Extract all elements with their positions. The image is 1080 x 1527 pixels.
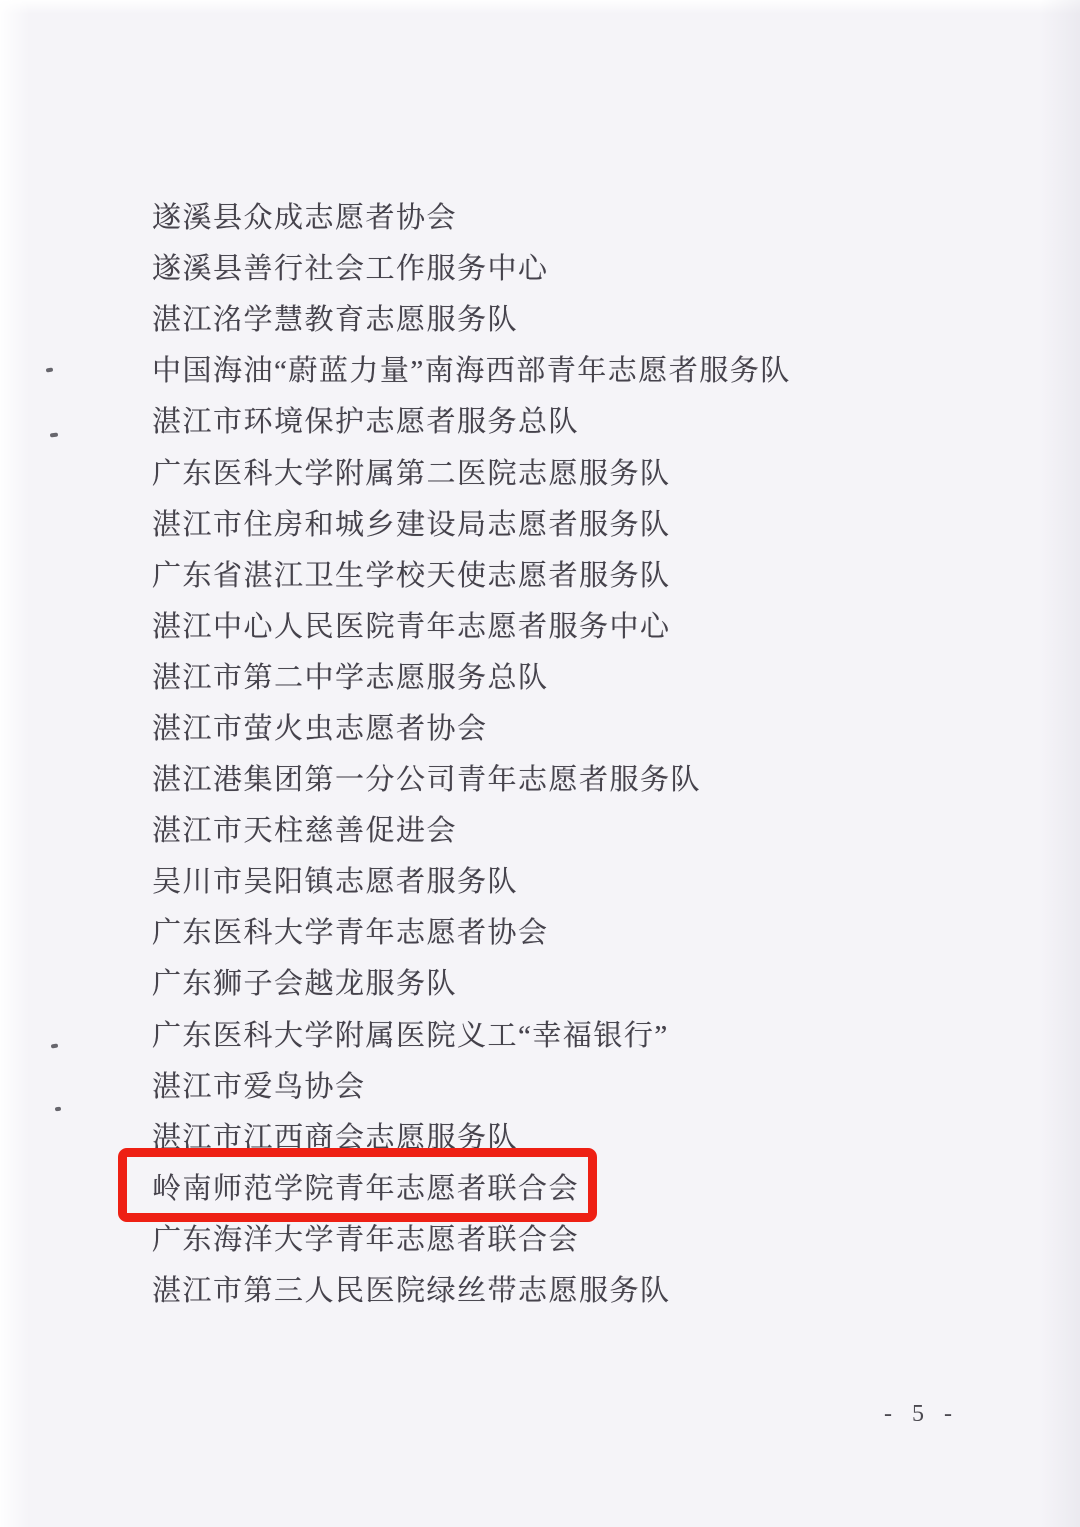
list-item: 湛江中心人民医院青年志愿者服务中心: [152, 599, 1032, 650]
list-item: 遂溪县众成志愿者协会: [152, 190, 1032, 241]
scan-speck: [46, 368, 53, 373]
scan-speck: [50, 432, 58, 437]
organization-name: 遂溪县善行社会工作服务中心: [152, 246, 549, 287]
list-item-highlighted: 岭南师范学院青年志愿者联合会: [152, 1161, 1032, 1212]
list-item: 湛江市环境保护志愿者服务总队: [152, 394, 1032, 445]
organization-name: 广东医科大学附属医院义工“幸福银行”: [152, 1013, 669, 1054]
list-item: 遂溪县善行社会工作服务中心: [152, 241, 1032, 292]
list-item: 湛江市住房和城乡建设局志愿者服务队: [152, 497, 1032, 548]
list-item: 广东医科大学青年志愿者协会: [152, 905, 1032, 956]
list-item: 广东医科大学附属第二医院志愿服务队: [152, 445, 1032, 496]
organization-name: 中国海油“蔚蓝力量”南海西部青年志愿者服务队: [152, 348, 791, 389]
list-item: 广东海洋大学青年志愿者联合会: [152, 1212, 1032, 1263]
list-item: 湛江洺学慧教育志愿服务队: [152, 292, 1032, 343]
organization-name: 遂溪县众成志愿者协会: [152, 195, 457, 236]
organization-name: 湛江市第三人民医院绿丝带志愿服务队: [152, 1268, 671, 1309]
organization-name: 湛江中心人民医院青年志愿者服务中心: [152, 604, 671, 645]
list-item: 湛江港集团第一分公司青年志愿者服务队: [152, 752, 1032, 803]
scan-speck: [55, 1107, 61, 1112]
organization-list: 遂溪县众成志愿者协会 遂溪县善行社会工作服务中心 湛江洺学慧教育志愿服务队 中国…: [152, 190, 1032, 1314]
list-item: 湛江市爱鸟协会: [152, 1059, 1032, 1110]
list-item: 吴川市吴阳镇志愿者服务队: [152, 854, 1032, 905]
organization-name: 湛江市第二中学志愿服务总队: [152, 655, 549, 696]
list-item: 湛江市萤火虫志愿者协会: [152, 701, 1032, 752]
list-item: 广东医科大学附属医院义工“幸福银行”: [152, 1008, 1032, 1059]
list-item: 湛江市天柱慈善促进会: [152, 803, 1032, 854]
list-item: 广东省湛江卫生学校天使志愿者服务队: [152, 548, 1032, 599]
scanned-document-page: 遂溪县众成志愿者协会 遂溪县善行社会工作服务中心 湛江洺学慧教育志愿服务队 中国…: [0, 0, 1080, 1527]
organization-name: 吴川市吴阳镇志愿者服务队: [152, 859, 518, 900]
organization-name: 湛江市天柱慈善促进会: [152, 808, 457, 849]
list-item: 广东狮子会越龙服务队: [152, 956, 1032, 1007]
organization-name: 广东海洋大学青年志愿者联合会: [152, 1217, 579, 1258]
page-number: - 5 -: [884, 1401, 959, 1428]
scan-speck: [51, 1044, 58, 1049]
organization-name: 湛江市住房和城乡建设局志愿者服务队: [152, 502, 671, 543]
list-item: 湛江市江西商会志愿服务队: [152, 1110, 1032, 1161]
list-item: 中国海油“蔚蓝力量”南海西部青年志愿者服务队: [152, 343, 1032, 394]
organization-name: 广东狮子会越龙服务队: [152, 961, 457, 1002]
organization-name: 广东省湛江卫生学校天使志愿者服务队: [152, 553, 671, 594]
organization-name: 广东医科大学附属第二医院志愿服务队: [152, 451, 671, 492]
organization-name: 湛江港集团第一分公司青年志愿者服务队: [152, 757, 701, 798]
organization-name: 湛江市爱鸟协会: [152, 1064, 366, 1105]
organization-name: 广东医科大学青年志愿者协会: [152, 910, 549, 951]
organization-name: 湛江洺学慧教育志愿服务队: [152, 297, 518, 338]
scan-edge-shading: [1040, 0, 1080, 1527]
organization-name: 岭南师范学院青年志愿者联合会: [152, 1166, 579, 1207]
list-item: 湛江市第二中学志愿服务总队: [152, 650, 1032, 701]
organization-name: 湛江市江西商会志愿服务队: [152, 1115, 518, 1156]
organization-name: 湛江市环境保护志愿者服务总队: [152, 399, 579, 440]
organization-name: 湛江市萤火虫志愿者协会: [152, 706, 488, 747]
list-item: 湛江市第三人民医院绿丝带志愿服务队: [152, 1263, 1032, 1314]
